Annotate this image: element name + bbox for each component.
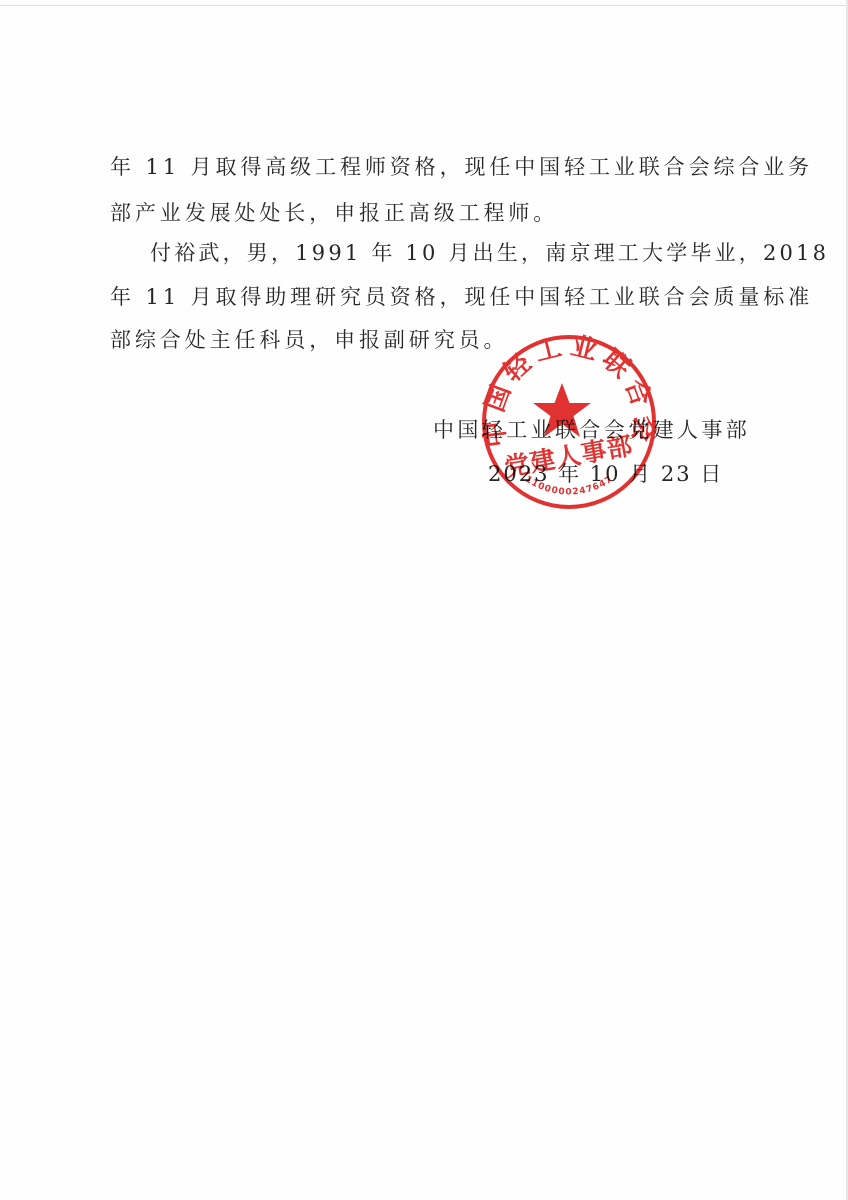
- official-seal: 中国轻工业联合会 党建人事部 1100000247647: [480, 333, 658, 511]
- paragraph-1-line-1: 年 11 月取得高级工程师资格，现任中国轻工业联合会综合业务: [110, 153, 735, 181]
- seal-outer-text: 中国轻工业联合会: [480, 333, 658, 449]
- document-page: 年 11 月取得高级工程师资格，现任中国轻工业联合会综合业务 部产业发展处处长，…: [0, 0, 848, 1200]
- star-icon: [533, 383, 591, 437]
- paragraph-1-line-2: 部产业发展处处长，申报正高级工程师。: [110, 199, 735, 227]
- page-edge-top: [0, 5, 848, 6]
- paragraph-2-line-1: 付裕武，男，1991 年 10 月出生，南京理工大学毕业，2018: [150, 239, 735, 267]
- seal-inner-text: 党建人事部: [502, 431, 635, 482]
- paragraph-2-line-2: 年 11 月取得助理研究员资格，现任中国轻工业联合会质量标准: [110, 283, 735, 311]
- seal-serial-number: 1100000247647: [523, 474, 615, 497]
